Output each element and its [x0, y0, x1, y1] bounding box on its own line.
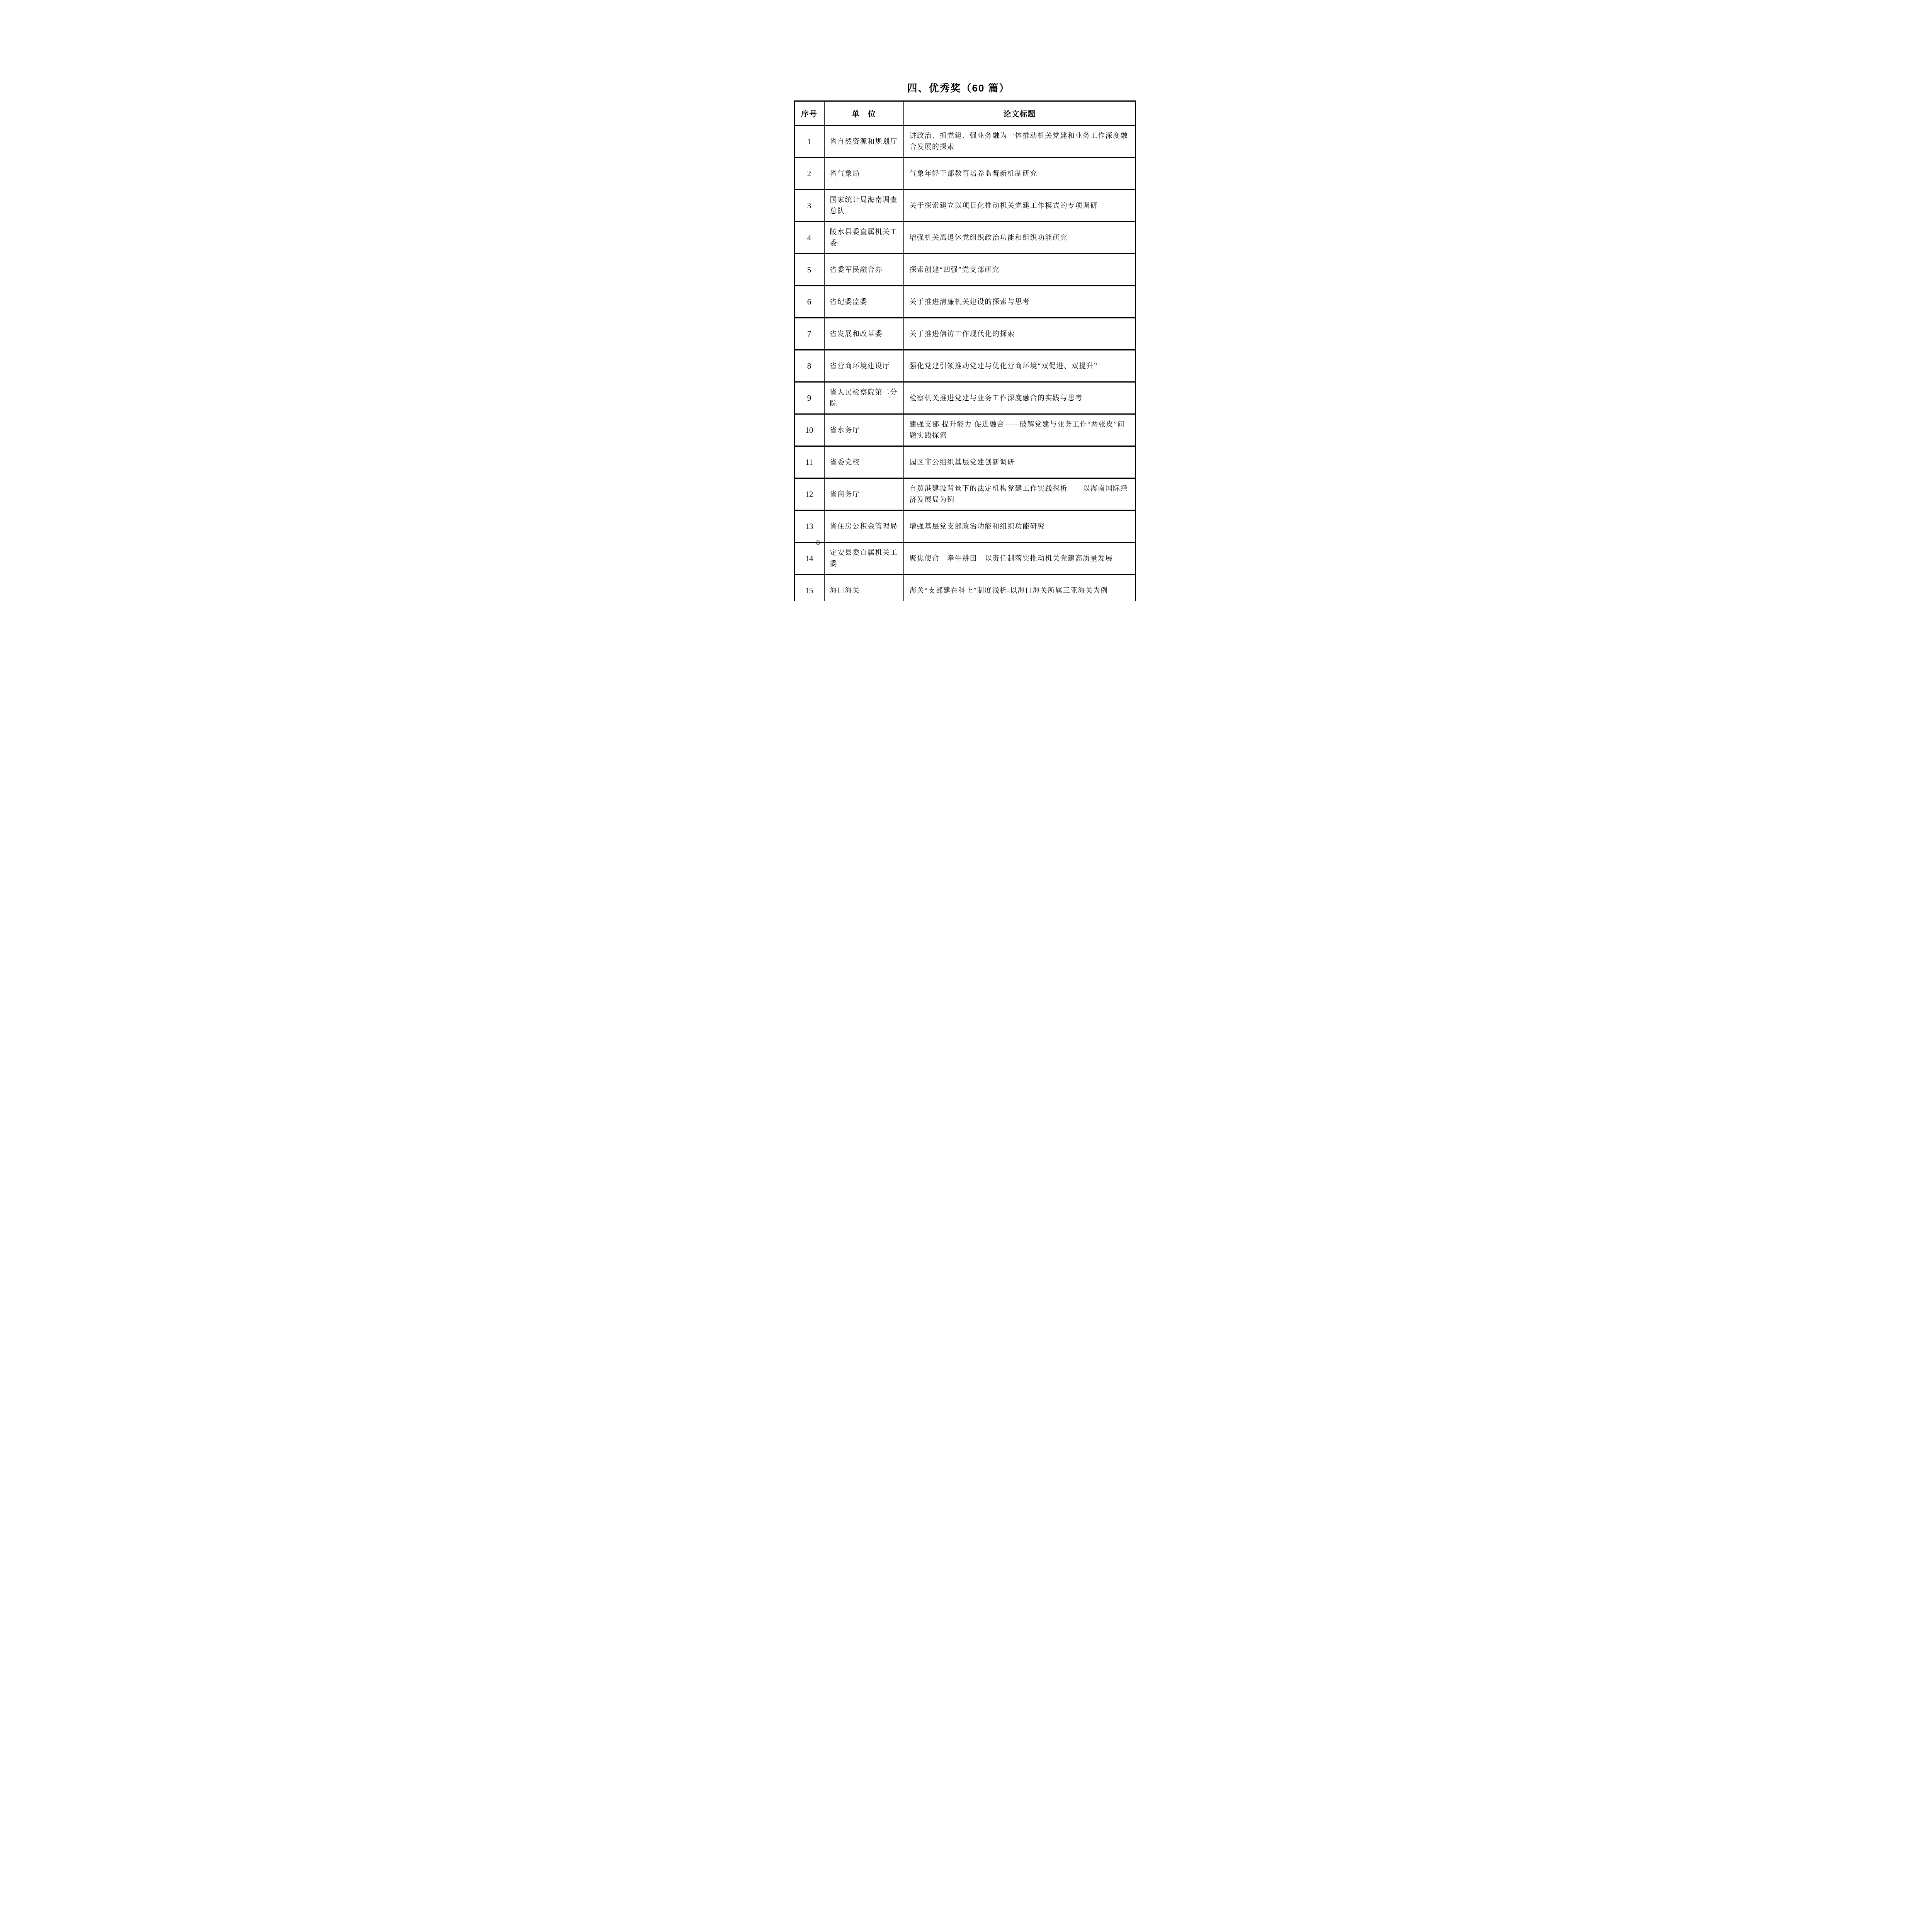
paper-title-cell: 园区非公组织基层党建创新调研: [904, 446, 1136, 478]
row-number-cell: 1: [794, 126, 824, 158]
column-header-unit: 单 位: [824, 101, 904, 126]
paper-title-cell: 探索创建“四强”党支部研究: [904, 254, 1136, 286]
paper-title-cell: 强化党建引领推动党建与优化营商环境“双促进、双提升”: [904, 350, 1136, 382]
unit-cell: 陵水县委直属机关工委: [824, 222, 904, 254]
unit-cell: 省自然资源和规划厅: [824, 126, 904, 158]
row-number-cell: 7: [794, 318, 824, 350]
row-number-cell: 3: [794, 190, 824, 222]
paper-title-cell: 关于探索建立以项目化推动机关党建工作模式的专项调研: [904, 190, 1136, 222]
table-row: 13 省住房公积金管理局 增强基层党支部政治功能和组织功能研究: [794, 510, 1136, 543]
row-number-cell: 2: [794, 158, 824, 190]
row-number-cell: 8: [794, 350, 824, 382]
column-header-no: 序号: [794, 101, 824, 126]
table-row: 2 省气象局 气象年轻干部教育培养监督新机制研究: [794, 158, 1136, 190]
table-row: 1 省自然资源和规划厅 讲政治、抓党建、强业务融为一体推动机关党建和业务工作深度…: [794, 126, 1136, 158]
row-number-cell: 5: [794, 254, 824, 286]
unit-cell: 省纪委监委: [824, 286, 904, 318]
document-page: 四、优秀奖（60 篇） 序号 单 位 论文标题 1 省自然资源和规划厅 讲政治、…: [746, 0, 1171, 601]
unit-cell: 省委党校: [824, 446, 904, 478]
table-row: 8 省营商环境建设厅 强化党建引领推动党建与优化营商环境“双促进、双提升”: [794, 350, 1136, 382]
paper-title-cell: 检察机关推进党建与业务工作深度融合的实践与思考: [904, 382, 1136, 414]
column-header-paper-title: 论文标题: [904, 101, 1136, 126]
paper-title-cell: 聚焦使命 牵牛耕田 以责任制落实推动机关党建高质量发展: [904, 543, 1136, 575]
unit-cell: 定安县委直属机关工委: [824, 543, 904, 575]
unit-cell: 省商务厅: [824, 478, 904, 510]
unit-cell: 省人民检察院第二分院: [824, 382, 904, 414]
paper-title-cell: 建强支部 提升能力 促进融合——破解党建与业务工作“两张皮”问题实践探索: [904, 414, 1136, 446]
table-row: 9 省人民检察院第二分院 检察机关推进党建与业务工作深度融合的实践与思考: [794, 382, 1136, 414]
table-row: 3 国家统计局海南调查总队 关于探索建立以项目化推动机关党建工作模式的专项调研: [794, 190, 1136, 222]
row-number-cell: 12: [794, 478, 824, 510]
table-row: 5 省委军民融合办 探索创建“四强”党支部研究: [794, 254, 1136, 286]
table-row: 12 省商务厅 自贸港建设背景下的法定机构党建工作实践探析——以海南国际经济发展…: [794, 478, 1136, 510]
unit-cell: 省气象局: [824, 158, 904, 190]
paper-title-cell: 关于推进清廉机关建设的探索与思考: [904, 286, 1136, 318]
row-number-cell: 6: [794, 286, 824, 318]
table-row: 15 海口海关 海关“支部建在科上”制度浅析-以海口海关所属三亚海关为例: [794, 575, 1136, 602]
unit-cell: 省水务厅: [824, 414, 904, 446]
section-title: 四、优秀奖（60 篇）: [746, 80, 1171, 95]
paper-title-cell: 关于推进信访工作现代化的探索: [904, 318, 1136, 350]
table-row: 4 陵水县委直属机关工委 增强机关离退休党组织政治功能和组织功能研究: [794, 222, 1136, 254]
paper-title-cell: 海关“支部建在科上”制度浅析-以海口海关所属三亚海关为例: [904, 575, 1136, 602]
page-number: — 8 —: [805, 539, 833, 547]
unit-cell: 国家统计局海南调查总队: [824, 190, 904, 222]
paper-title-cell: 增强基层党支部政治功能和组织功能研究: [904, 510, 1136, 543]
paper-title-cell: 自贸港建设背景下的法定机构党建工作实践探析——以海南国际经济发展局为例: [904, 478, 1136, 510]
unit-cell: 海口海关: [824, 575, 904, 602]
award-table: 序号 单 位 论文标题 1 省自然资源和规划厅 讲政治、抓党建、强业务融为一体推…: [794, 100, 1136, 601]
table-row: 10 省水务厅 建强支部 提升能力 促进融合——破解党建与业务工作“两张皮”问题…: [794, 414, 1136, 446]
table-row: 14 定安县委直属机关工委 聚焦使命 牵牛耕田 以责任制落实推动机关党建高质量发…: [794, 543, 1136, 575]
row-number-cell: 11: [794, 446, 824, 478]
row-number-cell: 13: [794, 510, 824, 543]
unit-cell: 省住房公积金管理局: [824, 510, 904, 543]
paper-title-cell: 增强机关离退休党组织政治功能和组织功能研究: [904, 222, 1136, 254]
table-row: 11 省委党校 园区非公组织基层党建创新调研: [794, 446, 1136, 478]
unit-cell: 省发展和改革委: [824, 318, 904, 350]
unit-cell: 省营商环境建设厅: [824, 350, 904, 382]
paper-title-cell: 气象年轻干部教育培养监督新机制研究: [904, 158, 1136, 190]
row-number-cell: 10: [794, 414, 824, 446]
table-row: 6 省纪委监委 关于推进清廉机关建设的探索与思考: [794, 286, 1136, 318]
table-row: 7 省发展和改革委 关于推进信访工作现代化的探索: [794, 318, 1136, 350]
row-number-cell: 9: [794, 382, 824, 414]
unit-cell: 省委军民融合办: [824, 254, 904, 286]
row-number-cell: 15: [794, 575, 824, 602]
paper-title-cell: 讲政治、抓党建、强业务融为一体推动机关党建和业务工作深度融合发展的探索: [904, 126, 1136, 158]
table-header-row: 序号 单 位 论文标题: [794, 101, 1136, 126]
row-number-cell: 4: [794, 222, 824, 254]
